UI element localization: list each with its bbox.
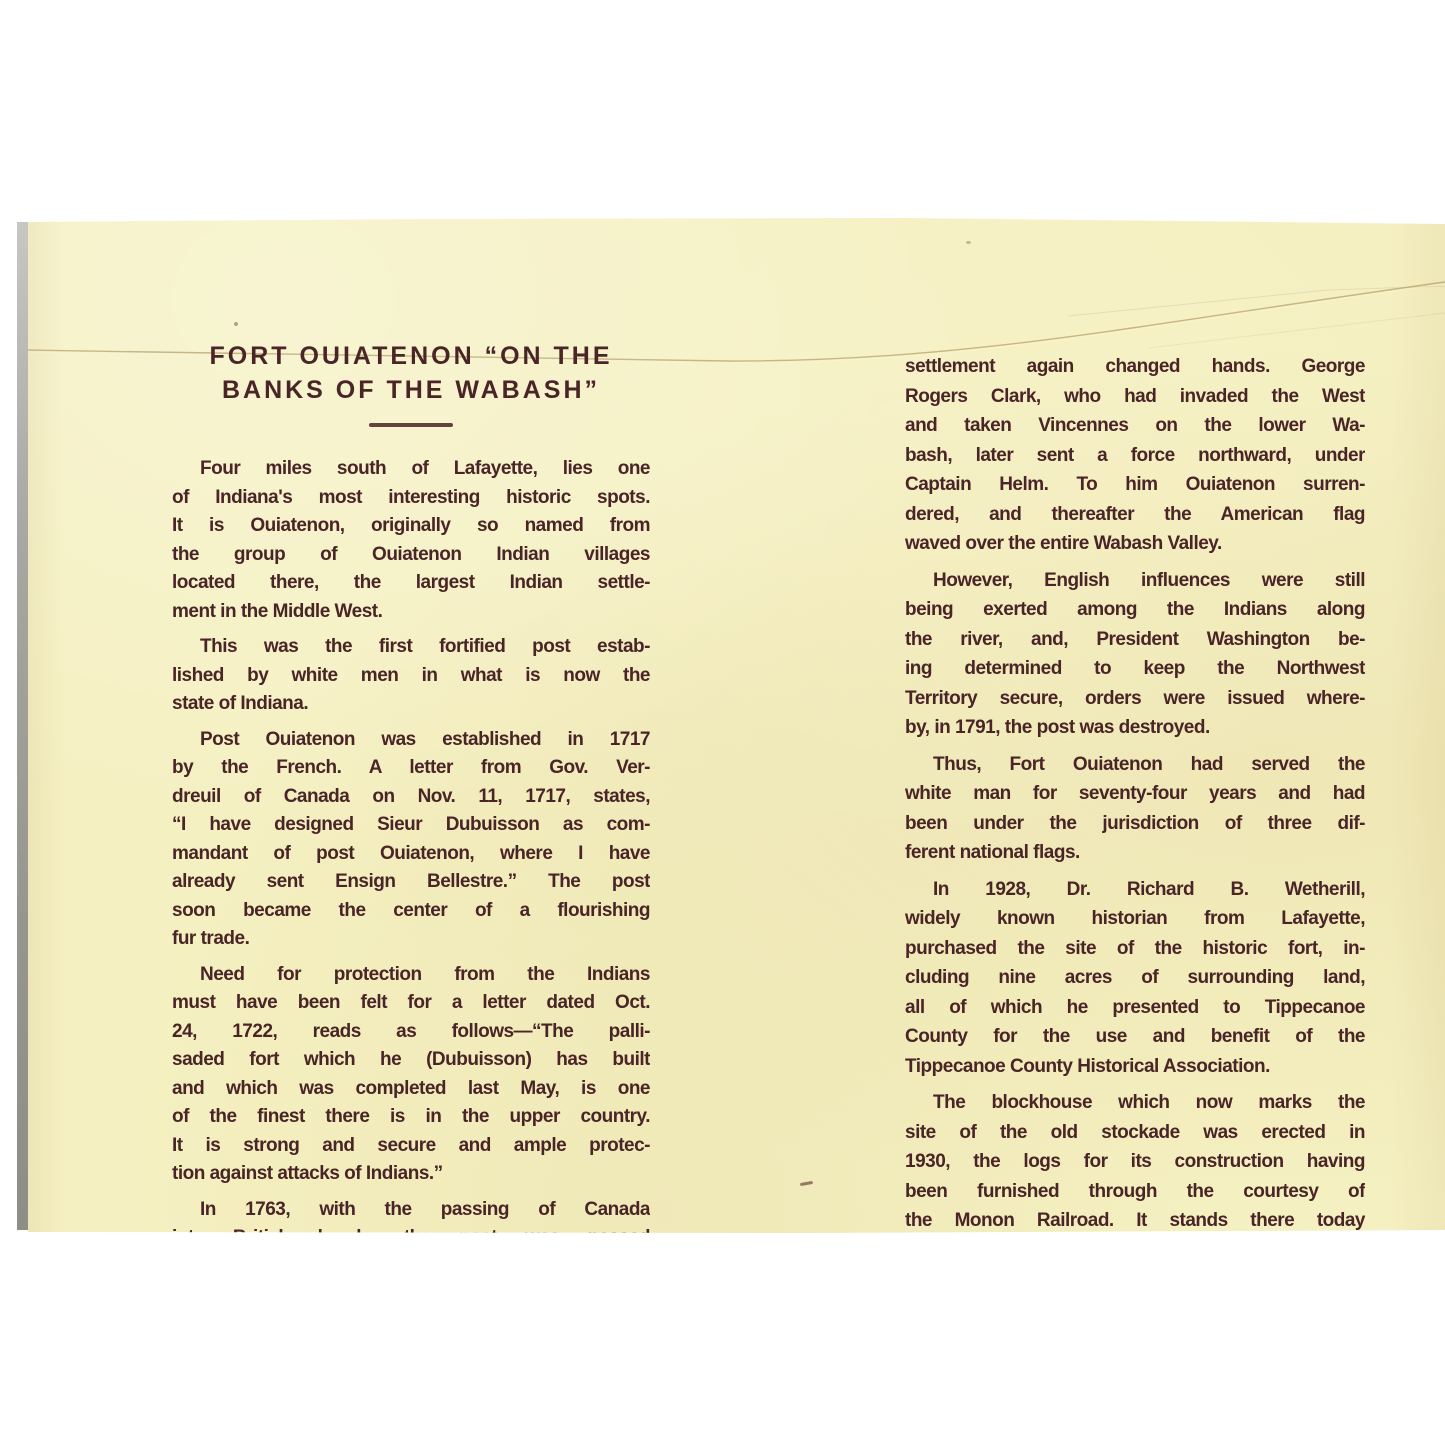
text-line: fur trade. — [172, 925, 650, 954]
text-line: tion against attacks of Indians.” — [172, 1160, 650, 1189]
text-line: of the finest there is in the upper coun… — [172, 1103, 650, 1132]
text-line: been under the jurisdiction of three dif… — [905, 809, 1365, 839]
paragraph: Four miles south of Lafayette, lies oneo… — [172, 455, 650, 626]
text-line: Territory secure, orders were issued whe… — [905, 684, 1365, 714]
text-line: ferent national flags. — [905, 838, 1365, 868]
text-line: dreuil of Canada on Nov. 11, 1717, state… — [172, 783, 650, 812]
text-line: by the French. A letter from Gov. Ver- — [172, 754, 650, 783]
text-line: the river, and, President Washington be- — [905, 625, 1365, 655]
text-line: In 1928, Dr. Richard B. Wetherill, — [905, 875, 1365, 905]
text-line: into British hands, the post was passed — [172, 1224, 650, 1233]
left-column: Four miles south of Lafayette, lies oneo… — [172, 455, 650, 1233]
text-line: Four miles south of Lafayette, lies one — [172, 455, 650, 484]
text-line: site of the old stockade was erected in — [905, 1118, 1365, 1148]
text-line: and taken Vincennes on the lower Wa- — [905, 411, 1365, 441]
article-title: FORT OUIATENON “ON THE BANKS OF THE WABA… — [172, 339, 650, 407]
text-line: all of which he presented to Tippecanoe — [905, 993, 1365, 1023]
text-line: settlement again changed hands. George — [905, 352, 1365, 382]
text-line: It is strong and secure and ample protec… — [172, 1132, 650, 1161]
paper-speck — [966, 241, 971, 244]
text-line: Thus, Fort Ouiatenon had served the — [905, 750, 1365, 780]
text-line: 24, 1722, reads as follows—“The palli- — [172, 1018, 650, 1047]
paragraph: Thus, Fort Ouiatenon had served thewhite… — [905, 750, 1365, 868]
text-line: dered, and thereafter the American flag — [905, 500, 1365, 530]
text-line: mandant of post Ouiatenon, where I have — [172, 840, 650, 869]
text-line: Post Ouiatenon was established in 1717 — [172, 726, 650, 755]
paragraph: Post Ouiatenon was established in 1717by… — [172, 726, 650, 954]
text-line: located there, the largest Indian settle… — [172, 569, 650, 598]
paper-sheet: FORT OUIATENON “ON THE BANKS OF THE WABA… — [28, 218, 1445, 1233]
text-line: County for the use and benefit of the — [905, 1022, 1365, 1052]
text-line: Rogers Clark, who had invaded the West — [905, 382, 1365, 412]
paragraph: settlement again changed hands. GeorgeRo… — [905, 352, 1365, 559]
text-line: Need for protection from the Indians — [172, 961, 650, 990]
text-line: ment in the Middle West. — [172, 598, 650, 627]
right-column: settlement again changed hands. GeorgeRo… — [905, 352, 1365, 1233]
text-line: Tippecanoe County Historical Association… — [905, 1052, 1365, 1082]
text-line: Captain Helm. To him Ouiatenon surren- — [905, 470, 1365, 500]
paragraph: Need for protection from the Indiansmust… — [172, 961, 650, 1189]
text-line: by, in 1791, the post was destroyed. — [905, 713, 1365, 743]
text-line: been furnished through the courtesy of — [905, 1177, 1365, 1207]
text-line: widely known historian from Lafayette, — [905, 904, 1365, 934]
text-line: the group of Ouiatenon Indian villages — [172, 541, 650, 570]
text-line: In 1763, with the passing of Canada — [172, 1196, 650, 1225]
paper-edge-strip — [17, 222, 28, 1230]
text-line: bash, later sent a force northward, unde… — [905, 441, 1365, 471]
text-line: The blockhouse which now marks the — [905, 1088, 1365, 1118]
paper-speck — [234, 322, 238, 326]
text-line: However, English influences were still — [905, 566, 1365, 596]
text-line: state of Indiana. — [172, 690, 650, 719]
text-line: This was the first fortified post estab- — [172, 633, 650, 662]
text-line: purchased the site of the historic fort,… — [905, 934, 1365, 964]
paragraph: In 1928, Dr. Richard B. Wetherill,widely… — [905, 875, 1365, 1082]
text-line: of Indiana's most interesting historic s… — [172, 484, 650, 513]
paragraph: However, English influences were stillbe… — [905, 566, 1365, 743]
title-line-1: FORT OUIATENON “ON THE — [172, 339, 650, 373]
scan-background: FORT OUIATENON “ON THE BANKS OF THE WABA… — [0, 0, 1445, 1445]
text-line: the Monon Railroad. It stands there toda… — [905, 1206, 1365, 1233]
text-line: must have been felt for a letter dated O… — [172, 989, 650, 1018]
title-divider-rule — [369, 423, 453, 427]
paragraph: In 1763, with the passing of Canadainto … — [172, 1196, 650, 1234]
paragraph: This was the first fortified post estab-… — [172, 633, 650, 719]
text-line: white man for seventy-four years and had — [905, 779, 1365, 809]
text-line: soon became the center of a flourishing — [172, 897, 650, 926]
text-line: “I have designed Sieur Dubuisson as com- — [172, 811, 650, 840]
text-line: already sent Ensign Bellestre.” The post — [172, 868, 650, 897]
text-line: waved over the entire Wabash Valley. — [905, 529, 1365, 559]
text-line: and which was completed last May, is one — [172, 1075, 650, 1104]
text-line: It is Ouiatenon, originally so named fro… — [172, 512, 650, 541]
text-line: saded fort which he (Dubuisson) has buil… — [172, 1046, 650, 1075]
text-line: ing determined to keep the Northwest — [905, 654, 1365, 684]
text-line: being exerted among the Indians along — [905, 595, 1365, 625]
text-line: lished by white men in what is now the — [172, 662, 650, 691]
paragraph: The blockhouse which now marks thesite o… — [905, 1088, 1365, 1233]
text-line: 1930, the logs for its construction havi… — [905, 1147, 1365, 1177]
ink-smudge-dash — [800, 1181, 813, 1186]
text-line: cluding nine acres of surrounding land, — [905, 963, 1365, 993]
title-line-2: BANKS OF THE WABASH” — [172, 373, 650, 407]
